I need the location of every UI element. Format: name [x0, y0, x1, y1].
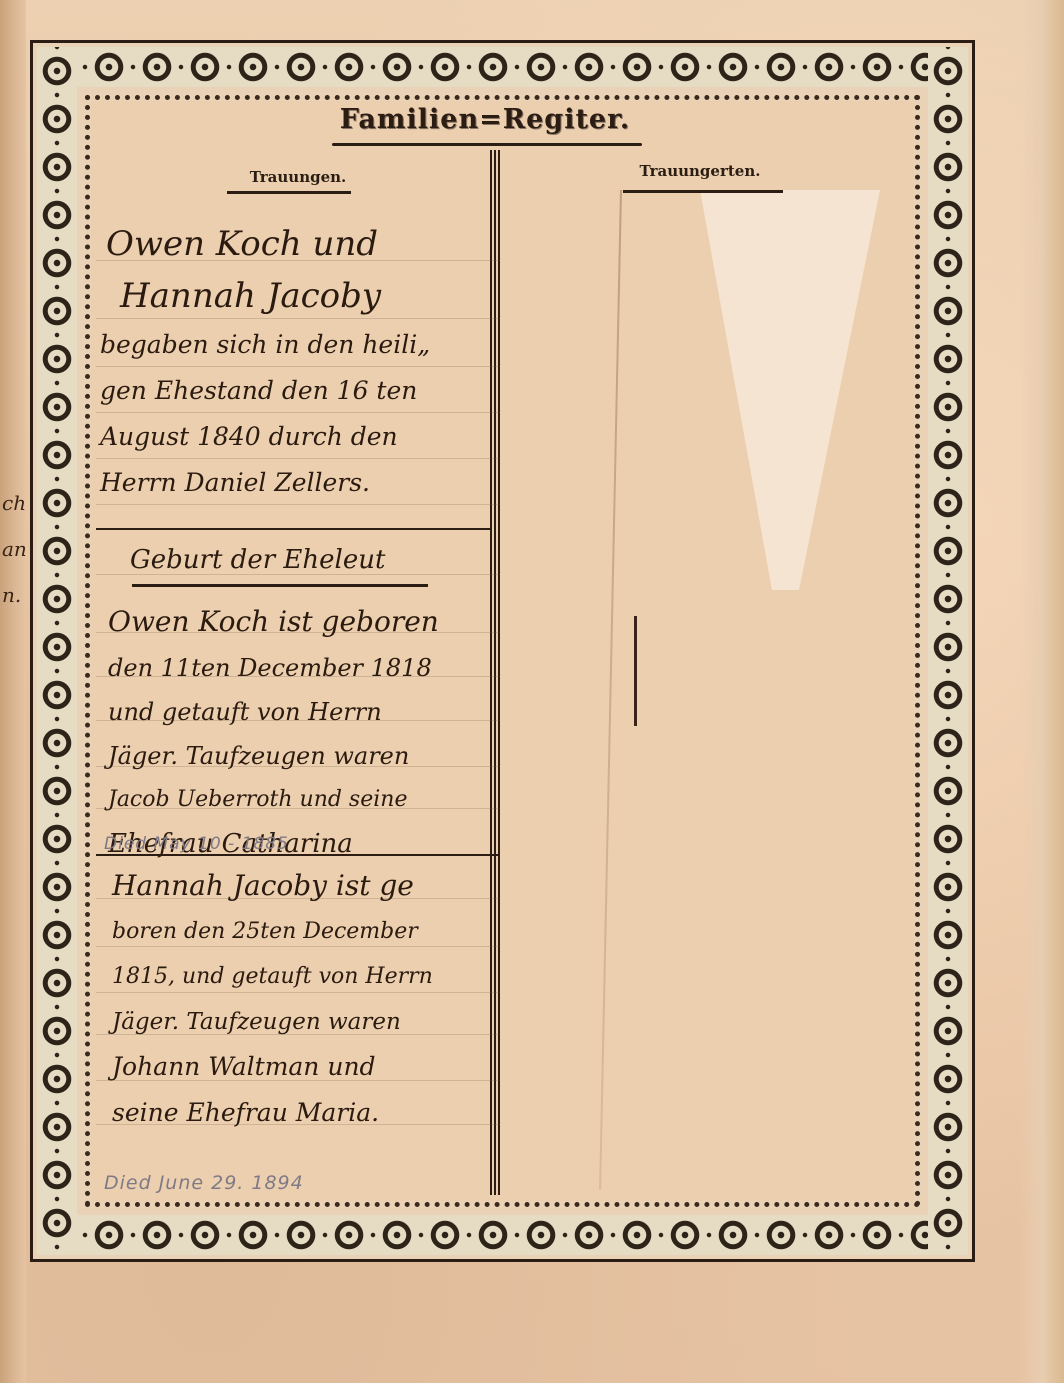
margin-bleed-line: an: [2, 526, 24, 572]
entry-line: Hannah Jacoby ist ge: [112, 862, 512, 910]
entry-line: Jäger. Taufzeugen waren: [108, 734, 508, 778]
ink-stroke-mark: [634, 616, 637, 726]
entry-line: den 11ten December 1818: [108, 646, 508, 690]
pencil-death-note-wife: Died June 29. 1894: [104, 1172, 304, 1194]
entry-line: August 1840 durch den: [100, 414, 500, 460]
heading-rule: [132, 584, 428, 587]
entry-line: seine Ehefrau Maria.: [112, 1090, 512, 1136]
title-rule: [332, 143, 642, 146]
frame-border-bottom: [37, 1215, 968, 1255]
section-rule: [96, 528, 490, 530]
entry-line: begaben sich in den heili„: [100, 322, 500, 368]
column-header-rule: [623, 190, 783, 193]
entry-line: Jacob Ueberroth und seine: [108, 778, 508, 822]
entry-line: 1815, und getauft von Herrn: [112, 954, 512, 1000]
wife-birth-entry: Hannah Jacoby ist ge boren den 25ten Dec…: [112, 862, 512, 1136]
entry-line: Owen Koch und: [100, 218, 500, 270]
marriage-entry: Owen Koch und Hannah Jacoby begaben sich…: [100, 218, 500, 506]
entry-line: und getauft von Herrn: [108, 690, 508, 734]
entry-line: Hannah Jacoby: [100, 270, 500, 322]
section-rule: [96, 854, 498, 856]
frame-border-right: [928, 47, 968, 1255]
entry-line: gen Ehestand den 16 ten: [100, 368, 500, 414]
column-header-marriages: Trauungen.: [228, 168, 368, 186]
entry-line: boren den 25ten December: [112, 910, 512, 954]
page-right-edge: [1020, 0, 1064, 1383]
column-header-rule: [227, 191, 351, 194]
pencil-death-note-husband: Died May 10 - 1885: [104, 834, 289, 854]
column-header-marriages-right: Trauungerten.: [620, 162, 780, 180]
margin-bleed-text: ch an n.: [2, 480, 24, 600]
births-heading: Geburt der Eheleut: [130, 540, 530, 580]
entry-line: Johann Waltman und: [112, 1044, 512, 1090]
entry-line: Jäger. Taufzeugen waren: [112, 1000, 512, 1044]
entry-line: Herrn Daniel Zellers.: [100, 460, 500, 506]
entry-line: Owen Koch ist geboren: [108, 598, 508, 646]
frame-border-top: [37, 47, 968, 87]
page-title: Familien=Regiter.: [290, 104, 680, 135]
margin-bleed-line: n.: [2, 572, 24, 618]
frame-border-left: [37, 47, 77, 1255]
binding-edge: [0, 0, 26, 1383]
margin-bleed-line: ch: [2, 480, 24, 526]
husband-birth-entry: Owen Koch ist geboren den 11ten December…: [108, 598, 508, 866]
